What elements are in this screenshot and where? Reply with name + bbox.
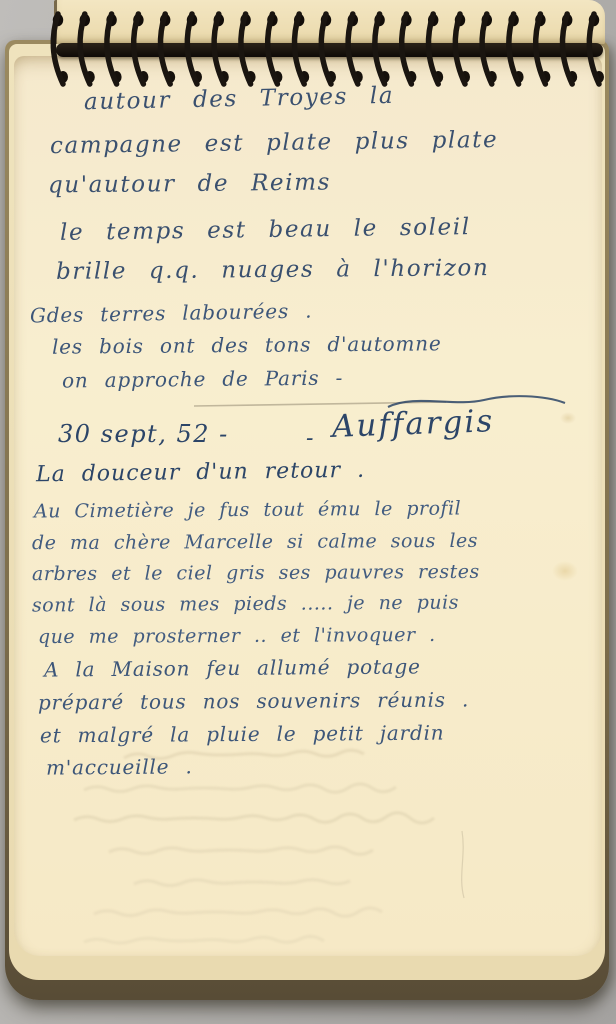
notebook-page: autour des Troyes la campagne est plate … <box>14 56 602 956</box>
notebook-photo: autour des Troyes la campagne est plate … <box>0 0 616 1024</box>
paper-stain <box>552 561 578 581</box>
bleedthrough-ghost-text <box>14 56 602 956</box>
paper-stain <box>560 412 576 424</box>
spiral-binding-coils <box>0 0 616 110</box>
